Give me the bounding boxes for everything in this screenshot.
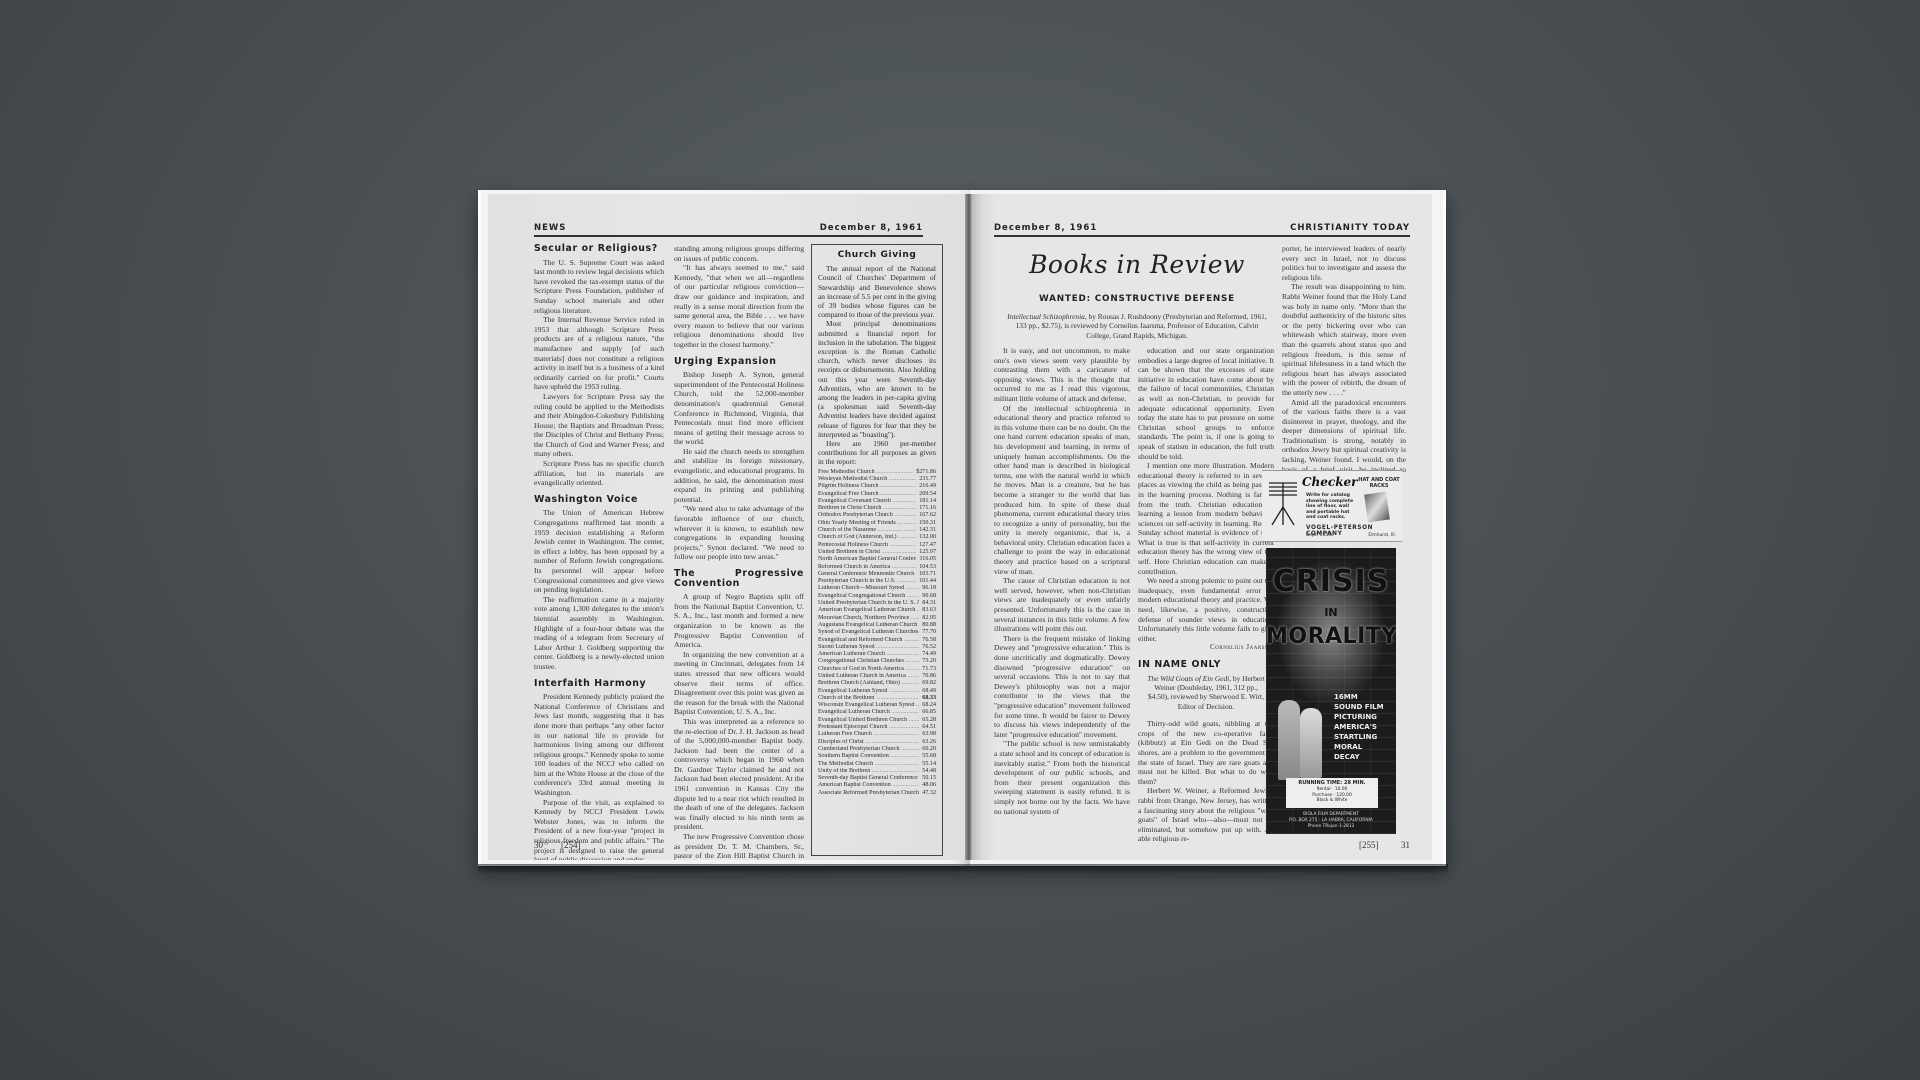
per-member-amount: 171.16 — [919, 505, 936, 512]
article-paragraph: The U. S. Supreme Court was asked last m… — [534, 258, 664, 316]
ad-pitch-line: DECAY — [1334, 752, 1384, 762]
per-member-amount: 90.68 — [922, 593, 936, 600]
denomination-name: Church of God (Anderson, Ind.) — [818, 534, 916, 541]
publication-name: CHRISTIANITY TODAY — [1290, 223, 1410, 233]
article-paragraph: Thirty-odd wild goats, nibbling at the c… — [1138, 719, 1274, 786]
giving-table-row: Presbyterian Church in the U.S.101.44 — [818, 578, 936, 585]
per-member-amount: 50.15 — [922, 775, 936, 782]
per-member-amount: 48.06 — [922, 782, 936, 789]
catalog-image — [1364, 492, 1390, 523]
church-giving-box: Church Giving The annual report of the N… — [811, 244, 943, 856]
denomination-name: Disciples of Christ — [818, 739, 919, 746]
per-member-amount: 103.71 — [919, 571, 936, 578]
per-member-amount: 80.88 — [922, 622, 936, 629]
article-paragraph: Purpose of the visit, as explained to Ke… — [534, 798, 664, 860]
per-member-amount: 142.31 — [919, 527, 936, 534]
denomination-name: Evangelical Covenant Church — [818, 498, 916, 505]
per-member-amount: 71.73 — [922, 666, 936, 673]
giving-table-row: General Conference Mennonite Church103.7… — [818, 571, 936, 578]
per-member-amount: 68.24 — [922, 702, 936, 709]
giving-table-row: Churches of God in North America71.73 — [818, 666, 936, 673]
per-member-amount: 96.18 — [922, 585, 936, 592]
article-paragraph: "We need also to take advantage of the f… — [674, 504, 804, 562]
section-label: NEWS — [534, 223, 566, 233]
denomination-name: Evangelical United Brethren Church — [818, 717, 919, 724]
denomination-name: Brethren in Christ Church — [818, 505, 916, 512]
review2-headline: IN NAME ONLY — [1138, 660, 1274, 670]
denomination-name: Churches of God in North America — [818, 666, 919, 673]
ad-pitch: 16MMSOUND FILMPICTURINGAMERICA'SSTARTLIN… — [1334, 692, 1384, 762]
giving-table-row: Synod of Evangelical Lutheran Churches77… — [818, 629, 936, 636]
denomination-name: Southern Baptist Convention — [818, 753, 919, 760]
article-paragraph: President Kennedy publicly praised the N… — [534, 692, 664, 798]
giving-table-row: Associate Reformed Presbyterian Church47… — [818, 790, 936, 797]
right-page: December 8, 1961 CHRISTIANITY TODAY Book… — [972, 194, 1432, 860]
per-member-amount: 64.51 — [922, 724, 936, 731]
per-member-amount: 84.31 — [922, 600, 936, 607]
giving-table-row: Lutheran Church—Missouri Synod96.18 — [818, 585, 936, 592]
article-paragraph: The reaffirmation came in a majority vot… — [534, 595, 664, 672]
giving-table-row: Brethren Church (Ashland, Ohio)69.82 — [818, 680, 936, 687]
article-paragraph: It is easy, and not uncommon, to make on… — [994, 346, 1130, 404]
denomination-name: North American Baptist General Conferenc… — [818, 556, 916, 563]
giving-table-row: Wisconsin Evangelical Lutheran Synod68.2… — [818, 702, 936, 709]
running-time: RUNNING TIME: 28 MIN. — [1286, 781, 1378, 787]
magazine-shadow — [478, 864, 1448, 874]
giving-table-row: Wesleyan Methodist Church231.77 — [818, 476, 936, 483]
ad-pitch-line: STARTLING — [1334, 732, 1384, 742]
article-paragraph: I mention one more illustration. Modern … — [1138, 461, 1274, 576]
per-member-amount: 82.95 — [922, 615, 936, 622]
open-magazine: NEWS December 8, 1961 Secular or Religio… — [478, 190, 1448, 866]
giving-table-row: Evangelical Congregational Church90.68 — [818, 593, 936, 600]
section-heading: Washington Voice — [534, 495, 664, 505]
per-member-amount: 127.47 — [919, 542, 936, 549]
giving-table-row: Orthodox Presbyterian Church167.62 — [818, 512, 936, 519]
giving-table-row: Lutheran Free Church63.98 — [818, 731, 936, 738]
denomination-name: Associate Reformed Presbyterian Church — [818, 790, 919, 797]
per-member-amount: 55.14 — [922, 761, 936, 768]
ad-title-morality: MORALITY — [1266, 624, 1396, 649]
per-member-amount: 68.33 — [922, 695, 936, 702]
denomination-name: United Lutheran Church in America — [818, 673, 919, 680]
per-member-amount: 63.26 — [922, 739, 936, 746]
crisis-in-morality-advertisement: CRISIS IN MORALITY 16MMSOUND FILMPICTURI… — [1266, 548, 1396, 834]
denomination-name: Wesleyan Methodist Church — [818, 476, 916, 483]
denomination-name: Brethren Church (Ashland, Ohio) — [818, 680, 919, 687]
denomination-name: Church of the Brethren — [818, 695, 919, 702]
denomination-name: Orthodox Presbyterian Church — [818, 512, 916, 519]
denomination-name: Seventh-day Baptist General Conference — [818, 775, 919, 782]
denomination-name: Protestant Episcopal Church — [818, 724, 919, 731]
denomination-name: Congregational Christian Churches — [818, 658, 919, 665]
denomination-name: Moravian Church, Northern Province — [818, 615, 919, 622]
per-member-amount: 104.53 — [919, 564, 936, 571]
giving-table-row: Protestant Episcopal Church64.51 — [818, 724, 936, 731]
review2-lead: The Wild Goats of Ein Gedi, by Herbert W… — [1144, 674, 1268, 712]
checker-city: Elmhurst, Ill. — [1368, 533, 1396, 538]
article-paragraph: porter, he interviewed leaders of nearly… — [1282, 244, 1406, 282]
giving-table-row: Church of the Brethren68.33 — [818, 695, 936, 702]
article-paragraph: The cause of Christian education is not … — [994, 576, 1130, 634]
per-member-amount: 73.20 — [922, 658, 936, 665]
article-paragraph: Scripture Press has no specific church a… — [534, 459, 664, 488]
giving-table-row: United Lutheran Church in America70.86 — [818, 673, 936, 680]
ad-title-crisis: CRISIS — [1266, 564, 1396, 599]
denomination-name: Pentecostal Holiness Church — [818, 542, 916, 549]
church-giving-text: The annual report of the National Counci… — [818, 264, 936, 466]
issue-date: December 8, 1961 — [994, 223, 1097, 233]
giving-table-row: Pilgrim Holiness Church216.49 — [818, 483, 936, 490]
denomination-name: Ohio Yearly Meeting of Friends — [818, 520, 916, 527]
giving-table-row: Reformed Church in America104.53 — [818, 564, 936, 571]
issue-date: December 8, 1961 — [820, 223, 923, 233]
denomination-name: American Lutheran Church — [818, 651, 919, 658]
denomination-name: General Conference Mennonite Church — [818, 571, 916, 578]
per-member-amount: 150.31 — [919, 520, 936, 527]
denomination-name: United Brethren in Christ — [818, 549, 916, 556]
checker-rack-advertisement: Checker HAT AND COAT RACKS Write for cat… — [1262, 470, 1402, 542]
running-time-box: RUNNING TIME: 28 MIN. Rental · 10.00 Pur… — [1286, 778, 1378, 808]
ad-pitch-line: 16MM — [1334, 692, 1384, 702]
denomination-name: Lutheran Church—Missouri Synod — [818, 585, 919, 592]
per-member-amount: 209.54 — [919, 491, 936, 498]
denomination-name: United Presbyterian Church in the U. S. … — [818, 600, 919, 607]
denomination-name: Pilgrim Holiness Church — [818, 483, 916, 490]
article-paragraph: "The public school is now unmistakably a… — [994, 739, 1130, 816]
giving-table-row: Augustana Evangelical Lutheran Church80.… — [818, 622, 936, 629]
denomination-name: Cumberland Presbyterian Church — [818, 746, 919, 753]
giving-table-row: Evangelical and Reformed Church76.58 — [818, 637, 936, 644]
page-number: 31 — [1401, 840, 1410, 850]
giving-table-row: United Presbyterian Church in the U. S. … — [818, 600, 936, 607]
left-page: NEWS December 8, 1961 Secular or Religio… — [488, 194, 966, 860]
review-lead: Intellectual Schizophrenia, by Rousas J.… — [1004, 312, 1270, 340]
article-paragraph: He said the church needs to strengthen a… — [674, 447, 804, 505]
ad-pitch-line: MORAL — [1334, 742, 1384, 752]
ad-title-in: IN — [1266, 606, 1396, 619]
per-member-amount: 69.82 — [922, 680, 936, 687]
article-paragraph: This was interpreted as a reference to t… — [674, 717, 804, 832]
denomination-name: Reformed Church in America — [818, 564, 916, 571]
left-running-head: NEWS December 8, 1961 — [534, 221, 923, 237]
giving-table-row: Evangelical Lutheran Church66.85 — [818, 709, 936, 716]
denomination-name: Evangelical Congregational Church — [818, 593, 919, 600]
article-paragraph: Herbert W. Weiner, a Reformed Jewish rab… — [1138, 786, 1274, 844]
right-running-head: December 8, 1961 CHRISTIANITY TODAY — [994, 221, 1410, 237]
per-member-amount: 66.85 — [922, 709, 936, 716]
giving-table-row: United Brethren in Christ125.97 — [818, 549, 936, 556]
denomination-name: Wisconsin Evangelical Lutheran Synod — [818, 702, 919, 709]
per-member-amount: 70.86 — [922, 673, 936, 680]
denomination-name: Evangelical and Reformed Church — [818, 637, 919, 644]
article-paragraph: The annual report of the National Counci… — [818, 264, 936, 319]
man-figure-illustration — [1278, 700, 1300, 780]
article-paragraph: A group of Negro Baptists split off from… — [674, 592, 804, 650]
bracket-number: [255] — [1359, 840, 1379, 850]
denomination-name: Unity of the Brethren — [818, 768, 919, 775]
left-folio: 30 [254] — [534, 840, 581, 850]
per-member-amount: 132.00 — [919, 534, 936, 541]
denomination-name: American Evangelical Lutheran Church — [818, 607, 919, 614]
page-number: 30 — [534, 840, 543, 850]
giving-table-row: Ohio Yearly Meeting of Friends150.31 — [818, 520, 936, 527]
giving-table-row: Congregational Christian Churches73.20 — [818, 658, 936, 665]
giving-table-row: Cumberland Presbyterian Church60.20 — [818, 746, 936, 753]
article-paragraph: We need a strong polemic to point out th… — [1138, 576, 1274, 643]
per-member-amount: 167.62 — [919, 512, 936, 519]
giving-table-row: Evangelical Free Church209.54 — [818, 491, 936, 498]
per-member-amount: 116.05 — [919, 556, 936, 563]
review-column-1: It is easy, and not uncommon, to make on… — [994, 346, 1130, 816]
per-member-amount: 76.58 — [922, 637, 936, 644]
giving-table-row: American Baptist Convention48.06 — [818, 782, 936, 789]
giving-table-row: Church of the Nazarene142.31 — [818, 527, 936, 534]
per-member-amount: 68.49 — [922, 688, 936, 695]
per-member-amount: 216.49 — [919, 483, 936, 490]
article-paragraph: The new Progressive Convention chose as … — [674, 832, 804, 860]
right-folio: [255] 31 — [1359, 840, 1410, 850]
article-paragraph: education and our state organization emb… — [1138, 346, 1274, 461]
giving-table-row: Evangelical Lutheran Synod68.49 — [818, 688, 936, 695]
giving-table-row: Unity of the Brethren54.48 — [818, 768, 936, 775]
article-paragraph: The result was disappointing to him. Rab… — [1282, 282, 1406, 397]
article-paragraph: Here are 1960 per-member contributions f… — [818, 439, 936, 467]
giving-table-row: Evangelical United Brethren Church65.28 — [818, 717, 936, 724]
coat-rack-icon — [1266, 477, 1300, 529]
per-member-amount: 47.32 — [922, 790, 936, 797]
giving-table-row: Seventh-day Baptist General Conference50… — [818, 775, 936, 782]
ad-phone: Phone TRojan 1-2812 — [1266, 824, 1396, 830]
per-member-amount: $271.86 — [916, 469, 936, 476]
denomination-name: Evangelical Free Church — [818, 491, 916, 498]
bracket-number: [254] — [561, 840, 581, 850]
article-paragraph: The Internal Revenue Service ruled in 19… — [534, 315, 664, 392]
article-paragraph: Most principal denominations submitted a… — [818, 319, 936, 439]
denomination-name: Suomi Lutheran Synod — [818, 644, 919, 651]
reviewer-signoff: Cornelius Jaarsma — [1138, 643, 1274, 653]
ad-footer: BIOLA FILM DEPARTMENT P.O. BOX 275 · LA … — [1266, 812, 1396, 830]
article-paragraph: Of the intellectual schizophrenia in edu… — [994, 404, 1130, 577]
per-member-amount: 83.63 — [922, 607, 936, 614]
per-member-amount: 231.77 — [919, 476, 936, 483]
giving-table-row: American Evangelical Lutheran Church83.6… — [818, 607, 936, 614]
giving-table-row: North American Baptist General Conferenc… — [818, 556, 936, 563]
ad-pitch-line: AMERICA'S — [1334, 722, 1384, 732]
denomination-name: Augustana Evangelical Lutheran Church — [818, 622, 919, 629]
denomination-name: Evangelical Lutheran Church — [818, 709, 919, 716]
giving-table-row: Brethren in Christ Church171.16 — [818, 505, 936, 512]
giving-table-row: Moravian Church, Northern Province82.95 — [818, 615, 936, 622]
giving-table-row: American Lutheran Church74.49 — [818, 651, 936, 658]
books-in-review-title: Books in Review — [1022, 250, 1252, 279]
per-member-amount: 125.97 — [919, 549, 936, 556]
giving-table-row: Church of God (Anderson, Ind.)132.00 — [818, 534, 936, 541]
per-member-amount: 55.68 — [922, 753, 936, 760]
article-paragraph: There is the frequent mistake of linking… — [994, 634, 1130, 740]
per-member-amount: 77.70 — [922, 629, 936, 636]
per-member-amount: 60.20 — [922, 746, 936, 753]
church-giving-table: Free Methodist Church$271.86Wesleyan Met… — [818, 469, 936, 797]
church-giving-title: Church Giving — [818, 251, 936, 260]
review-column-3: porter, he interviewed leaders of nearly… — [1282, 244, 1406, 484]
ad-pitch-line: SOUND FILM — [1334, 702, 1384, 712]
woman-figure-illustration — [1300, 708, 1322, 778]
per-member-amount: 74.49 — [922, 651, 936, 658]
per-member-amount: 65.28 — [922, 717, 936, 724]
denomination-name: The Methodist Church — [818, 761, 919, 768]
checker-brand: Checker — [1302, 475, 1358, 489]
article-paragraph: Bishop Joseph A. Synon, general superint… — [674, 370, 804, 447]
section-heading: Interfaith Harmony — [534, 679, 664, 689]
denomination-name: Evangelical Lutheran Synod — [818, 688, 919, 695]
per-member-amount: 101.44 — [919, 578, 936, 585]
giving-table-row: Evangelical Covenant Church181.14 — [818, 498, 936, 505]
section-heading: Urging Expansion — [674, 357, 804, 367]
article-paragraph: The Union of American Hebrew Congregatio… — [534, 508, 664, 594]
article-paragraph: standing among religious groups differin… — [674, 244, 804, 263]
article-paragraph: Lawyers for Scripture Press say the ruli… — [534, 392, 664, 459]
per-member-amount: 76.52 — [922, 644, 936, 651]
denomination-name: Synod of Evangelical Lutheran Churches — [818, 629, 919, 636]
checker-copy: Write for catalog showing complete line … — [1306, 493, 1356, 521]
giving-table-row: Disciples of Christ63.26 — [818, 739, 936, 746]
denomination-name: Presbyterian Church in the U.S. — [818, 578, 916, 585]
giving-table-row: The Methodist Church55.14 — [818, 761, 936, 768]
ad-pitch-line: PICTURING — [1334, 712, 1384, 722]
book-title: The Wild Goats of Ein Gedi — [1147, 674, 1229, 683]
section-heading: The Progressive Convention — [674, 569, 804, 588]
news-column-2: standing among religious groups differin… — [674, 244, 804, 860]
film-format: Black & White — [1286, 798, 1378, 804]
article-paragraph: "It has always seemed to me," said Kenne… — [674, 263, 804, 349]
per-member-amount: 54.48 — [922, 768, 936, 775]
checker-dept: Dept. CK550 — [1306, 533, 1334, 538]
giving-table-row: Free Methodist Church$271.86 — [818, 469, 936, 476]
book-title: Intellectual Schizophrenia — [1007, 312, 1085, 321]
review-headline: WANTED: CONSTRUCTIVE DEFENSE — [994, 294, 1280, 304]
section-heading: Secular or Religious? — [534, 244, 664, 254]
news-column-1: Secular or Religious?The U. S. Supreme C… — [534, 244, 664, 860]
denomination-name: Free Methodist Church — [818, 469, 913, 476]
checker-tagline: HAT AND COAT RACKS — [1356, 477, 1402, 489]
giving-table-row: Pentecostal Holiness Church127.47 — [818, 542, 936, 549]
per-member-amount: 181.14 — [919, 498, 936, 505]
denomination-name: American Baptist Convention — [818, 782, 919, 789]
denomination-name: Church of the Nazarene — [818, 527, 916, 534]
giving-table-row: Southern Baptist Convention55.68 — [818, 753, 936, 760]
per-member-amount: 63.98 — [922, 731, 936, 738]
review-column-2: education and our state organization emb… — [1138, 346, 1274, 844]
giving-table-row: Suomi Lutheran Synod76.52 — [818, 644, 936, 651]
article-paragraph: In organizing the new convention at a me… — [674, 650, 804, 717]
denomination-name: Lutheran Free Church — [818, 731, 919, 738]
